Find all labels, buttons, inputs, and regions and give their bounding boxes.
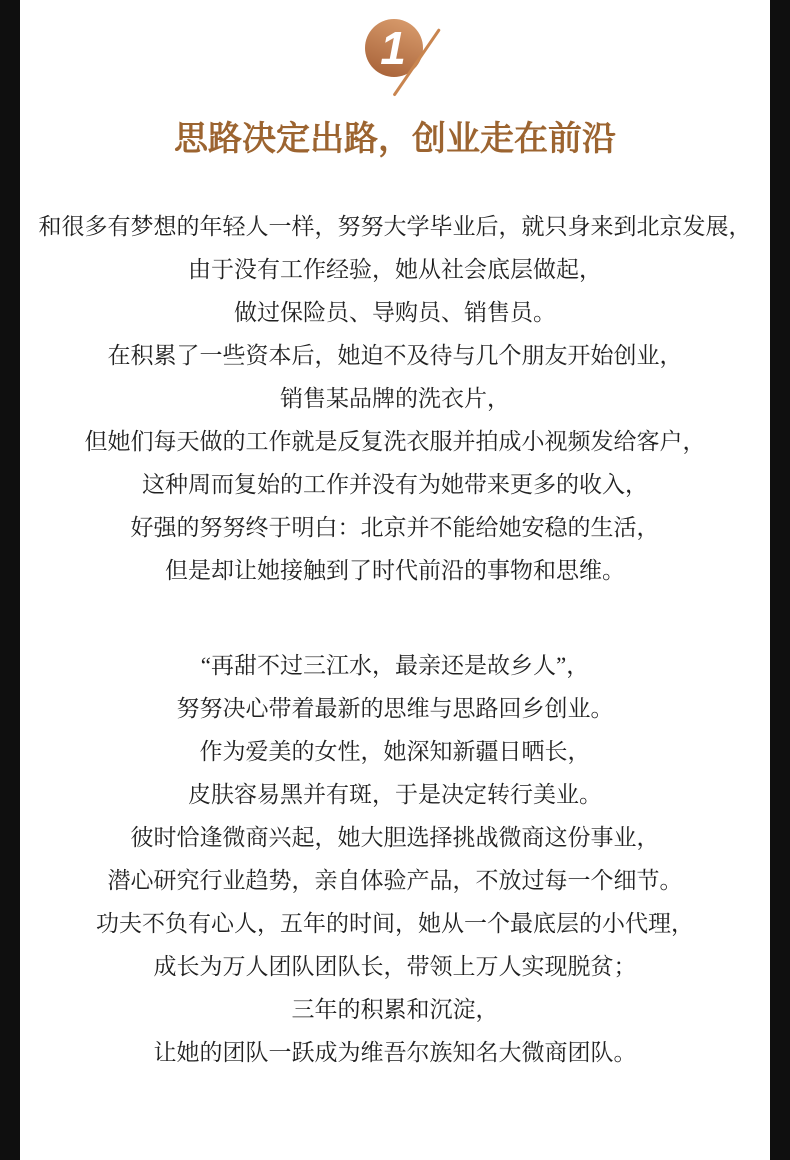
paragraph-line: 由于没有工作经验，她从社会底层做起， xyxy=(20,248,770,291)
paragraph-line: 皮肤容易黑并有斑，于是决定转行美业。 xyxy=(20,773,770,816)
paragraph-line: 功夫不负有心人，五年的时间，她从一个最底层的小代理， xyxy=(20,902,770,945)
paragraph-line: 努努决心带着最新的思维与思路回乡创业。 xyxy=(20,687,770,730)
paragraph-line: 彼时恰逢微商兴起，她大胆选择挑战微商这份事业， xyxy=(20,816,770,859)
page: 1 思路决定出路，创业走在前沿 和很多有梦想的年轻人一样，努努大学毕业后，就只身… xyxy=(0,0,790,1160)
paragraph-line: 但是却让她接触到了时代前沿的事物和思维。 xyxy=(20,549,770,592)
paragraph-line: 但她们每天做的工作就是反复洗衣服并拍成小视频发给客户， xyxy=(20,420,770,463)
paragraph-line: 潜心研究行业趋势，亲自体验产品，不放过每一个细节。 xyxy=(20,859,770,902)
paragraph-line: 在积累了一些资本后，她迫不及待与几个朋友开始创业， xyxy=(20,334,770,377)
paragraph-line: 作为爱美的女性，她深知新疆日晒长， xyxy=(20,730,770,773)
section-number-badge: 1 xyxy=(365,19,423,77)
paragraph-line: 三年的积累和沉淀， xyxy=(20,988,770,1031)
paragraph-line: 成长为万人团队团队长，带领上万人实现脱贫； xyxy=(20,945,770,988)
left-black-border xyxy=(0,0,20,1160)
paragraph-line: 销售某品牌的洗衣片， xyxy=(20,377,770,420)
paragraph-line: 做过保险员、导购员、销售员。 xyxy=(20,291,770,334)
content-panel: 1 思路决定出路，创业走在前沿 和很多有梦想的年轻人一样，努努大学毕业后，就只身… xyxy=(20,0,770,1160)
paragraph-line: 让她的团队一跃成为维吾尔族知名大微商团队。 xyxy=(20,1031,770,1074)
paragraph-line: 好强的努努终于明白：北京并不能给她安稳的生活， xyxy=(20,506,770,549)
story-paragraph-1: 和很多有梦想的年轻人一样，努努大学毕业后，就只身来到北京发展， 由于没有工作经验… xyxy=(20,205,770,592)
right-black-border xyxy=(770,0,790,1160)
paragraph-line: “再甜不过三江水，最亲还是故乡人”， xyxy=(20,644,770,687)
section-number: 1 xyxy=(380,25,406,71)
paragraph-line: 这种周而复始的工作并没有为她带来更多的收入， xyxy=(20,463,770,506)
story-paragraph-2: “再甜不过三江水，最亲还是故乡人”， 努努决心带着最新的思维与思路回乡创业。 作… xyxy=(20,644,770,1074)
paragraph-line: 和很多有梦想的年轻人一样，努努大学毕业后，就只身来到北京发展， xyxy=(20,205,770,248)
